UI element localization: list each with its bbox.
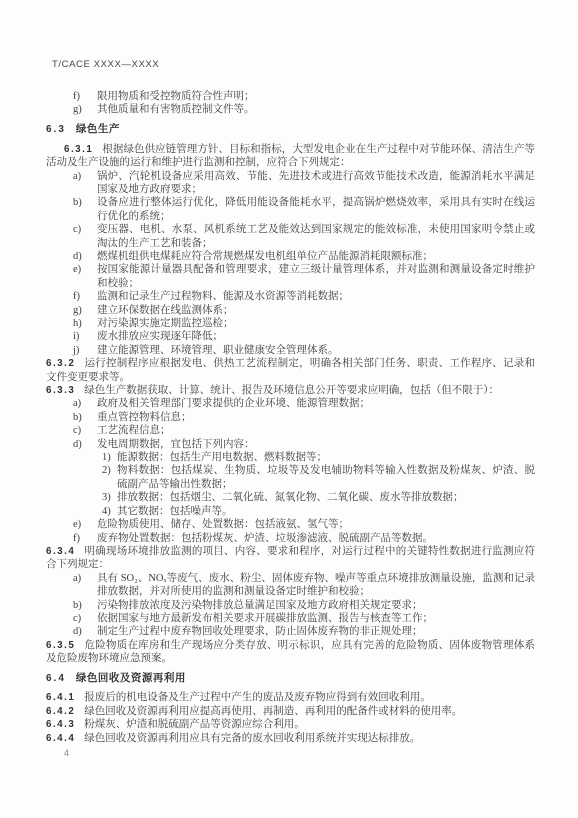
clause-paragraph: 6.3.3绿色生产数据获取、计算、统计、报告及环境信息公开等要求应明确，包括（但… [46,384,535,397]
item-label: f) [73,90,80,103]
item-label: a) [73,572,81,585]
item-label: e) [73,518,81,531]
clause-number: 6.3.1 [64,144,93,155]
paragraph-text: 报废后的机电设备及生产过程中产生的废品及废弃物应得到有效回收利用。 [84,692,431,703]
document-page: T/CACE XXXX—XXXX f)限用物质和受控物质符合性声明；g)其他质量… [0,0,578,818]
clause-paragraph: 6.4.3粉煤灰、炉渣和脱硫副产品等资源应综合利用。 [46,718,535,731]
item-label: i) [73,330,79,343]
paragraph-text: 根据绿色供应链管理方针、目标和指标，大型发电企业在生产过程中对节能环保、清洁生产… [46,144,535,168]
item-label: 3) [102,491,111,504]
item-label: c) [73,424,81,437]
list-item: e)危险物质使用、储存、处置数据：包括液氨、氢气等； [46,518,535,531]
paragraph-text: 绿色回收及资源再利用 [76,672,186,684]
list-item: b)污染物排放浓度及污染物排放总量满足国家及地方政府相关规定要求； [46,599,535,612]
paragraph-text: 危险物质使用、储存、处置数据：包括液氨、氢气等； [97,519,349,530]
paragraph-text: 重点管控物料信息； [97,412,192,423]
paragraph-text: 依据国家与地方最新发布相关要求开展碳排放监测、报告与核查等工作； [97,613,433,624]
sub-list-item: 2)物料数据：包括煤炭、生物质、垃圾等及发电辅助物料等输入性数据及粉煤灰、炉渣、… [46,464,535,491]
paragraph-text: 建立环保数据在线监测体系； [97,305,234,316]
paragraph-text: 发电周期数据，宜包括下列内容： [97,439,255,450]
paragraph-text: 监测和记录生产过程物料、能源及水资源等消耗数据； [97,291,349,302]
item-label: 1) [102,451,111,464]
item-label: a) [73,397,81,410]
item-label: g) [73,304,82,317]
paragraph-text: 废水排放应实现逐年降低； [97,331,223,342]
clause-number: 6.3.5 [46,640,75,651]
paragraph-text: 废弃物处置数据：包括粉煤灰、炉渣、垃圾渗滤液、脱硫副产品等数据。 [97,533,433,544]
paragraph-text: 绿色生产数据获取、计算、统计、报告及环境信息公开等要求应明确，包括（但不限于）： [84,385,499,396]
clause-paragraph: 6.4.2绿色回收及资源再利用应提高再使用、再制造、再利用的配备件或材料的使用率… [46,705,535,718]
item-label: c) [73,223,81,236]
list-item: j)建立能源管理、环境管理、职业健康安全管理体系。 [46,344,535,357]
paragraph-text: 绿色回收及资源再利用应提高再使用、再制造、再利用的配备件或材料的使用率。 [84,706,462,717]
section-heading: 6.4绿色回收及资源再利用 [46,672,535,685]
list-item: g)建立环保数据在线监测体系； [46,304,535,317]
clause-paragraph: 6.4.1报废后的机电设备及生产过程中产生的废品及废弃物应得到有效回收利用。 [46,691,535,704]
list-item: d)燃煤机组供电煤耗应符合常规燃煤发电机组单位产品能源消耗限额标准； [46,250,535,263]
list-item: a)锅炉、汽轮机设备应采用高效、节能、先进技术或进行高效节能技术改造，能源消耗水… [46,170,535,197]
paragraph-text: 政府及相关管理部门要求提供的企业环境、能源管理数据； [97,398,370,409]
page-number: 4 [64,748,69,758]
clause-number: 6.4.3 [46,719,75,730]
paragraph-text: 明确现场环境排放监测的项目、内容、要求和程序，对运行过程中的关键特性数据进行监测… [46,546,535,570]
list-item: a)具有 SO₂、NOₓ等废气、废水、粉尘、固体废弃物、噪声等重点环境排放测量设… [46,572,535,599]
clause-number: 6.3.3 [46,385,75,396]
paragraph-text: 设备应进行整体运行优化，降低用能设备能耗水平，提高锅炉燃烧效率，采用具有实时在线… [97,197,535,221]
clause-number: 6.4 [46,673,66,684]
paragraph-text: 工艺流程信息； [97,425,171,436]
paragraph-text: 运行控制程序应根据发电、供热工艺流程制定，明确各相关部门任务、职责、工作程序、记… [46,358,535,382]
list-item: f)监测和记录生产过程物料、能源及水资源等消耗数据； [46,290,535,303]
paragraph-text: 粉煤灰、炉渣和脱硫副产品等资源应综合利用。 [84,719,305,730]
item-label: 4) [102,505,111,518]
paragraph-text: 限用物质和受控物质符合性声明； [97,91,255,102]
paragraph-text: 具有 SO₂、NOₓ等废气、废水、粉尘、固体废弃物、噪声等重点环境排放测量设施，… [97,573,535,597]
paragraph-text: 能源数据：包括生产用电数据、燃料数据等； [117,452,327,463]
list-item: b)设备应进行整体运行优化，降低用能设备能耗水平，提高锅炉燃烧效率，采用具有实时… [46,196,535,223]
sub-list-item: 3)排放数据：包括烟尘、二氧化硫、氮氧化物、二氧化碳、废水等排放数据； [46,491,535,504]
paragraph-text: 对污染源实施定期监控巡检； [97,318,234,329]
list-item: f)废弃物处置数据：包括粉煤灰、炉渣、垃圾渗滤液、脱硫副产品等数据。 [46,532,535,545]
item-label: b) [73,599,82,612]
item-label: b) [73,411,82,424]
item-label: d) [73,438,82,451]
paragraph-text: 建立能源管理、环境管理、职业健康安全管理体系。 [97,345,339,356]
running-header: T/CACE XXXX—XXXX [52,59,159,70]
list-item: e)按国家能源计量器具配备和管理要求，建立三级计量管理体系，并对监测和测量设备定… [46,263,535,290]
clause-number: 6.3.2 [46,358,75,369]
paragraph-text: 制定生产过程中废弃物回收处理要求，防止固体废弃物的非正规处理； [97,626,423,637]
list-item: c)依据国家与地方最新发布相关要求开展碳排放监测、报告与核查等工作； [46,612,535,625]
paragraph-text: 绿色回收及资源再利用应具有完备的废水回收利用系统并实现达标排放。 [84,733,420,744]
clause-number: 6.4.1 [46,692,75,703]
item-label: c) [73,612,81,625]
paragraph-text: 其他质量和有害物质控制文件等。 [97,104,255,115]
list-item: d)制定生产过程中废弃物回收处理要求，防止固体废弃物的非正规处理； [46,625,535,638]
sub-list-item: 4)其它数据：包括噪声等。 [46,505,535,518]
paragraph-text: 其它数据：包括噪声等。 [117,506,233,517]
list-item: c)变压器、电机、水泵、风机系统工艺及能效达到国家规定的能效标准，未使用国家明令… [46,223,535,250]
paragraph-text: 物料数据：包括煤炭、生物质、垃圾等及发电辅助物料等输入性数据及粉煤灰、炉渣、脱硫… [117,465,535,489]
item-label: d) [73,250,82,263]
list-item: b)重点管控物料信息； [46,411,535,424]
list-item: c)工艺流程信息； [46,424,535,437]
section-heading: 6.3绿色生产 [46,123,535,136]
item-label: 2) [102,464,111,477]
list-item: d)发电周期数据，宜包括下列内容： [46,438,535,451]
sub-list-item: 1)能源数据：包括生产用电数据、燃料数据等； [46,451,535,464]
clause-number: 6.3.4 [46,546,75,557]
paragraph-text: 绿色生产 [76,123,120,135]
list-item: a)政府及相关管理部门要求提供的企业环境、能源管理数据； [46,397,535,410]
paragraph-text: 排放数据：包括烟尘、二氧化硫、氮氧化物、二氧化碳、废水等排放数据； [117,492,464,503]
item-label: j) [73,344,79,357]
paragraph-text: 锅炉、汽轮机设备应采用高效、节能、先进技术或进行高效节能技术改造，能源消耗水平满… [97,171,535,195]
item-label: g) [73,103,82,116]
clause-paragraph: 6.3.2运行控制程序应根据发电、供热工艺流程制定，明确各相关部门任务、职责、工… [46,357,535,384]
item-label: h) [73,317,82,330]
item-label: a) [73,170,81,183]
clause-paragraph: 6.3.4明确现场环境排放监测的项目、内容、要求和程序，对运行过程中的关键特性数… [46,545,535,572]
clause-paragraph: 6.4.4绿色回收及资源再利用应具有完备的废水回收利用系统并实现达标排放。 [46,732,535,745]
paragraph-text: 危险物质在库房和生产现场应分类存放、明示标识，应具有完善的危险物质、固体废物管理… [46,640,535,664]
clause-paragraph: 6.3.5危险物质在库房和生产现场应分类存放、明示标识，应具有完善的危险物质、固… [46,639,535,666]
item-label: b) [73,196,82,209]
list-item: g)其他质量和有害物质控制文件等。 [46,103,535,116]
clause-number: 6.4.4 [46,733,75,744]
item-label: d) [73,625,82,638]
list-item: h)对污染源实施定期监控巡检； [46,317,535,330]
clause-paragraph: 6.3.1根据绿色供应链管理方针、目标和指标，大型发电企业在生产过程中对节能环保… [46,143,535,170]
item-label: f) [73,532,80,545]
paragraph-text: 燃煤机组供电煤耗应符合常规燃煤发电机组单位产品能源消耗限额标准； [97,251,433,262]
item-label: f) [73,290,80,303]
document-body: f)限用物质和受控物质符合性声明；g)其他质量和有害物质控制文件等。6.3绿色生… [46,90,535,745]
paragraph-text: 污染物排放浓度及污染物排放总量满足国家及地方政府相关规定要求； [97,600,423,611]
paragraph-text: 变压器、电机、水泵、风机系统工艺及能效达到国家规定的能效标准，未使用国家明令禁止… [97,224,535,248]
list-item: i)废水排放应实现逐年降低； [46,330,535,343]
clause-number: 6.4.2 [46,706,75,717]
clause-number: 6.3 [46,124,66,135]
paragraph-text: 按国家能源计量器具配备和管理要求，建立三级计量管理体系，并对监测和测量设备定时维… [97,264,535,288]
item-label: e) [73,263,81,276]
list-item: f)限用物质和受控物质符合性声明； [46,90,535,103]
